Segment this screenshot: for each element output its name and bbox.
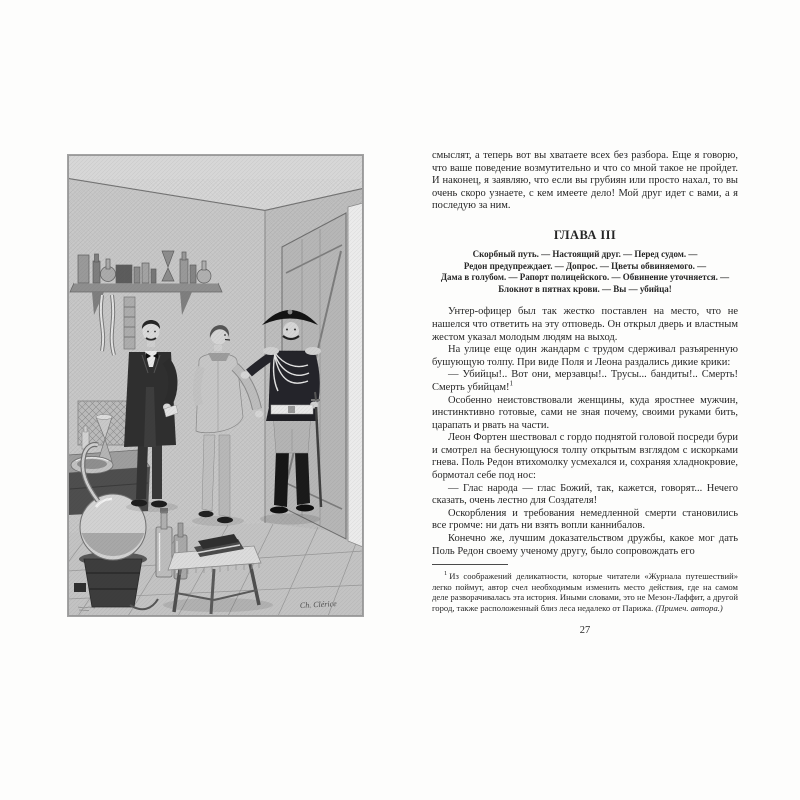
body-text: Унтер-офицер был так жестко поставлен на… (432, 306, 738, 558)
engraving-texture (68, 155, 363, 616)
summary-line: Дама в голубом. — Рапорт полицейского. —… (432, 272, 738, 284)
paragraph-continuation: смыслят, а теперь вот вы хватаете всех б… (432, 150, 738, 213)
footnote-block: 1Из соображений деликатности, которые чи… (432, 564, 738, 613)
book-spread: Ch. Clérice смыслят, а теперь вот вы хва… (0, 0, 800, 800)
summary-line: Блокнот в пятнах крови. — Вы — убийца! (432, 284, 738, 296)
paragraph: — Убийцы!.. Вот они, мерзавцы!.. Трусы..… (432, 369, 738, 394)
summary-line: Редон предупреждает. — Допрос. — Цветы о… (432, 261, 738, 273)
summary-line: Скорбный путь. — Настоящий друг. — Перед… (432, 249, 738, 261)
paragraph: — Глас народа — глас Божий, так, кажется… (432, 483, 738, 508)
footnote: 1Из соображений деликатности, которые чи… (432, 569, 738, 613)
paragraph-text: — Убийцы!.. Вот они, мерзавцы!.. Трусы..… (432, 369, 738, 393)
paragraph: Леон Фортен шествовал с гордо поднятой г… (432, 432, 738, 482)
footnote-marker: 1 (510, 379, 514, 387)
laboratory-scene-engraving: Ch. Clérice (68, 155, 363, 616)
footnote-attribution: (Примеч. автора.) (655, 603, 722, 613)
footnote-separator (432, 564, 508, 565)
paragraph: На улице еще один жандарм с трудом сдерж… (432, 344, 738, 369)
page-number: 27 (432, 625, 738, 636)
paragraph: Унтер-офицер был так жестко поставлен на… (432, 306, 738, 344)
paragraph: Конечно же, лучшим доказательством дружб… (432, 533, 738, 558)
engraving-illustration: Ch. Clérice (68, 155, 363, 616)
text-page: смыслят, а теперь вот вы хватаете всех б… (432, 150, 738, 636)
chapter-heading: ГЛАВА III (432, 228, 738, 243)
chapter-summary: Скорбный путь. — Настоящий друг. — Перед… (432, 249, 738, 295)
footnote-marker: 1 (444, 570, 447, 577)
paragraph: Особенно неистовствовали женщины, куда я… (432, 395, 738, 433)
paragraph: Оскорбления и требования немедленной сме… (432, 508, 738, 533)
